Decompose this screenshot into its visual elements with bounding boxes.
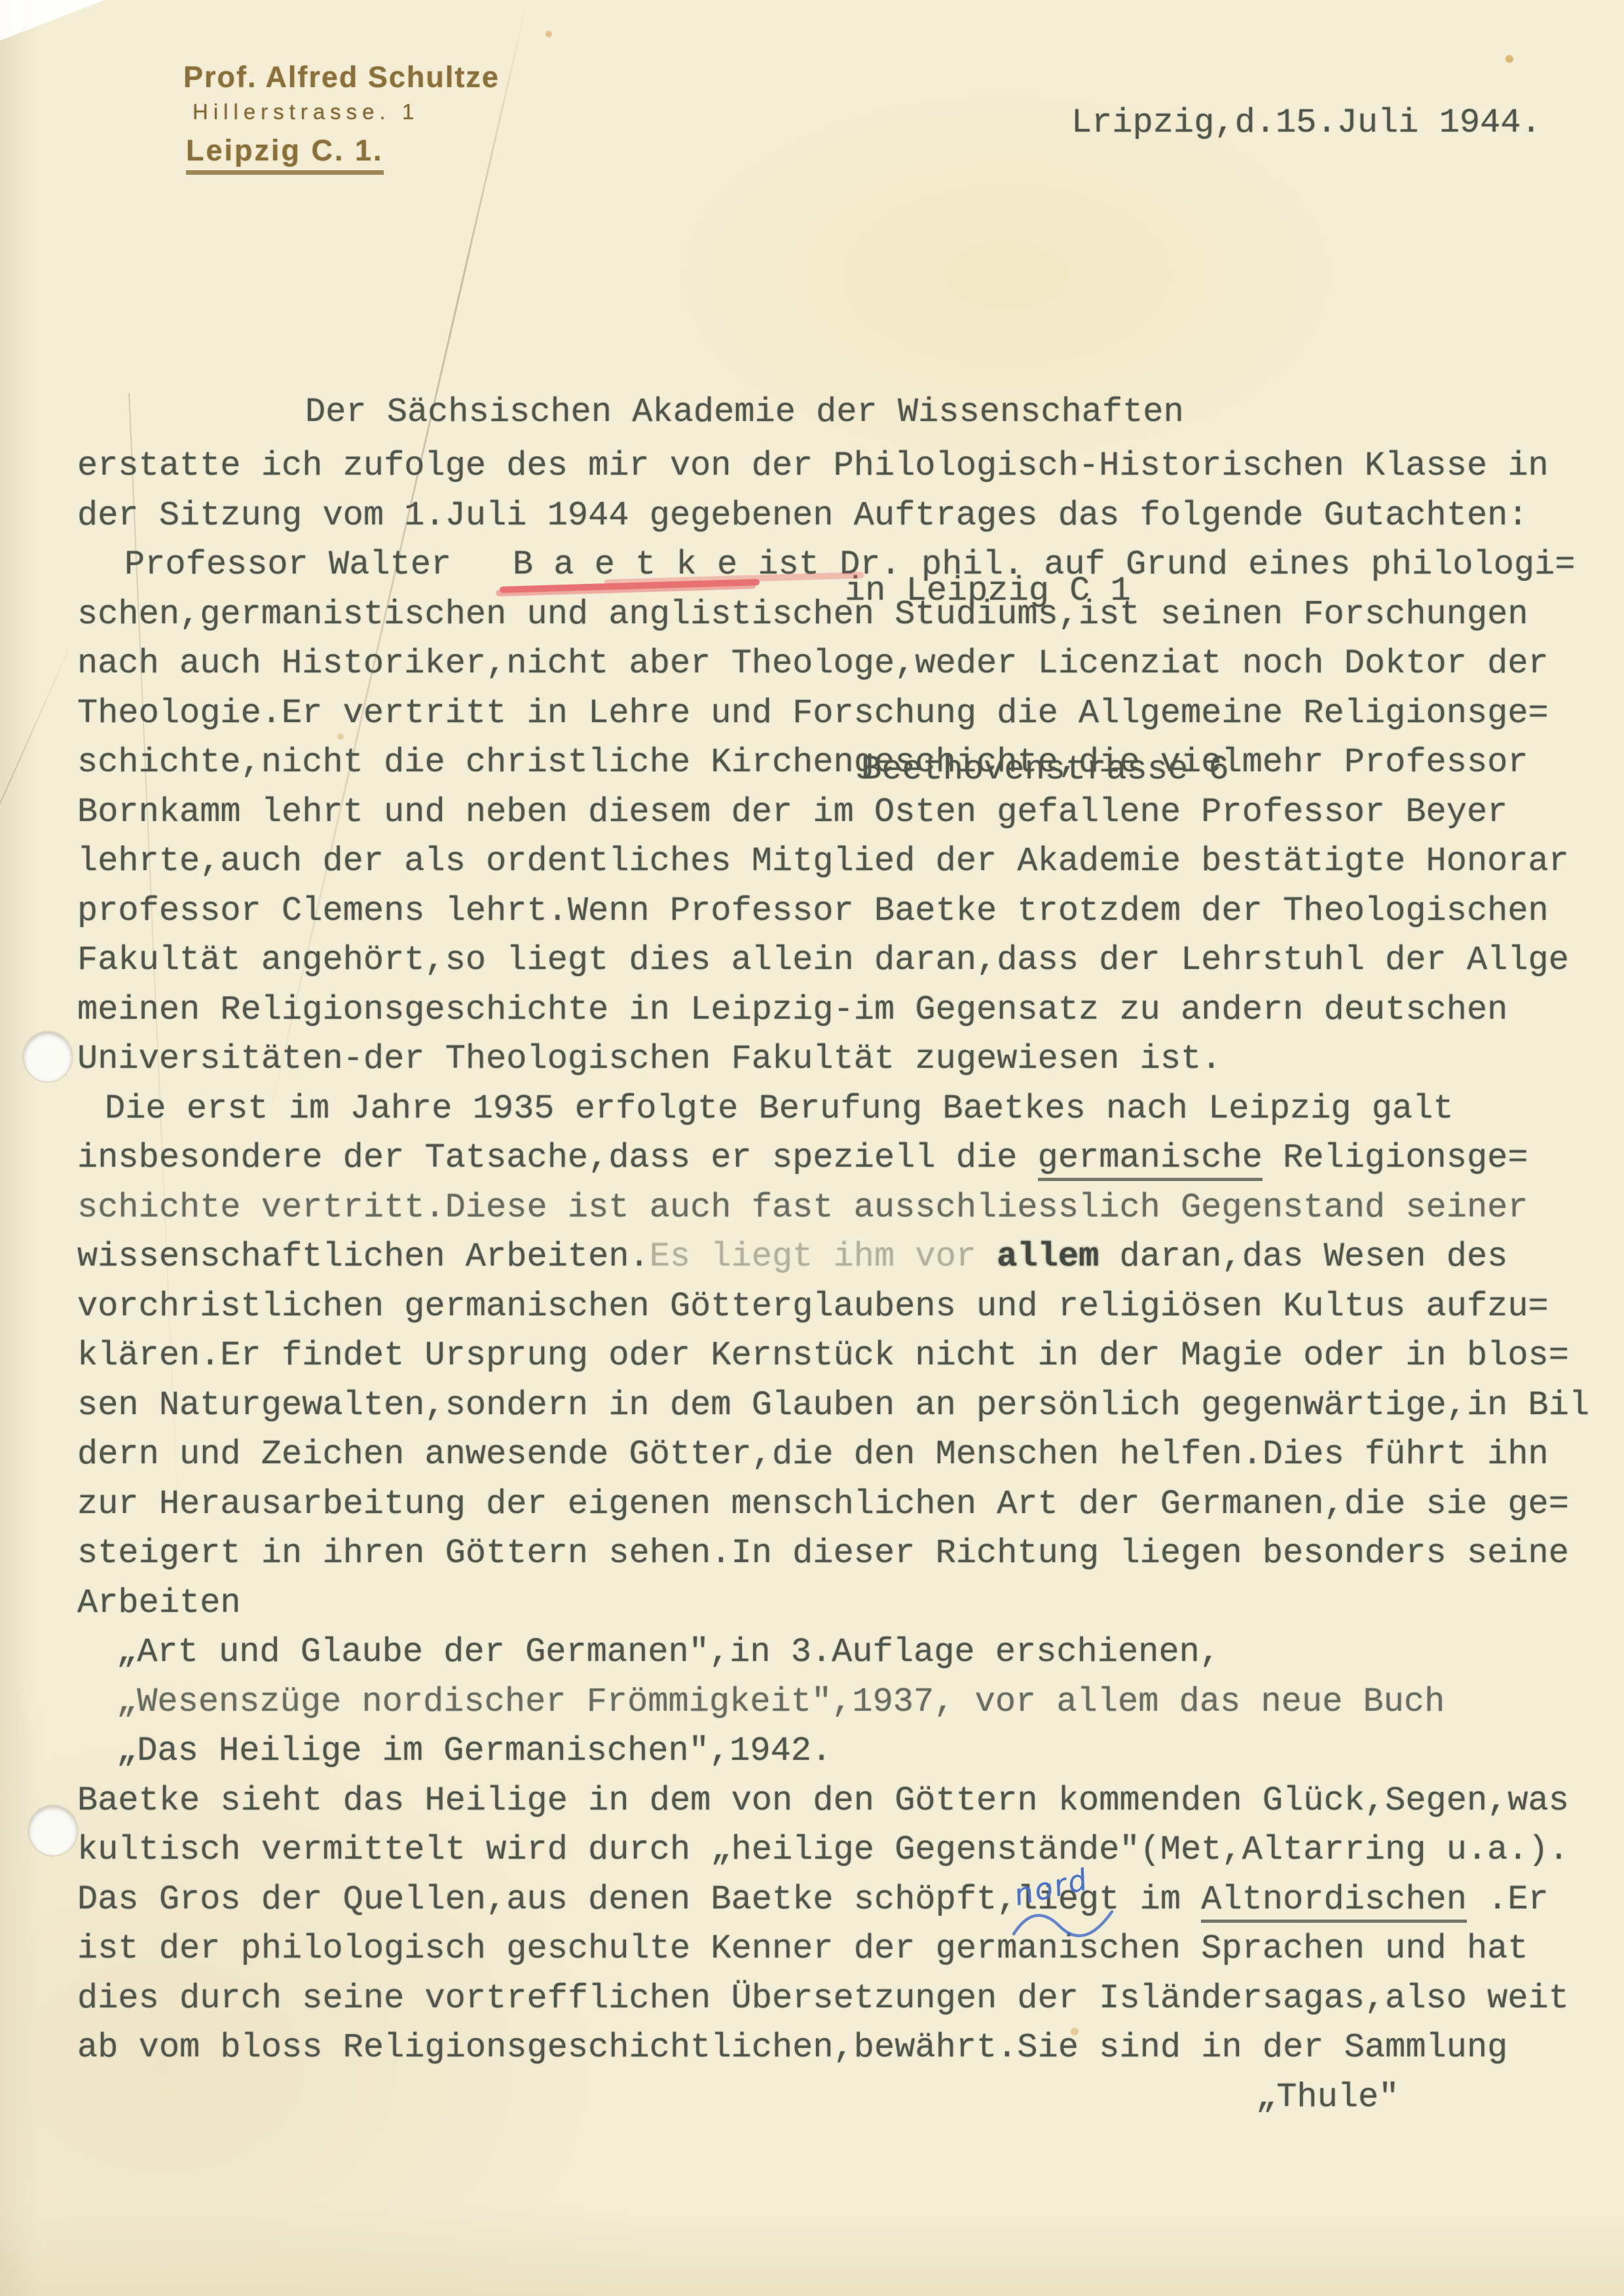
body-line: Universitäten-der Theologischen Fakultät…	[77, 1034, 1603, 1084]
body-line: der Sitzung vom 1.Juli 1944 gegebenen Au…	[77, 491, 1603, 541]
line-segment: Professor Walter	[124, 545, 513, 584]
hole-punch	[24, 1032, 72, 1082]
faded-typed-segment: Es liegt ihm vor	[650, 1237, 997, 1276]
hole-punch	[29, 1806, 77, 1855]
letter-body: erstatte ich zufolge des mir von der Phi…	[77, 441, 1603, 2122]
body-line-thule: „Thule"	[77, 2073, 1603, 2123]
handwritten-caret-mark	[1008, 1897, 1120, 1943]
body-line: insbesondere der Tatsache,dass er spezie…	[77, 1133, 1603, 1183]
body-line: sen Naturgewalten,sondern in dem Glauben…	[77, 1381, 1603, 1430]
book-title-line: „Art und Glaube der Germanen",in 3.Aufla…	[77, 1628, 1603, 1677]
typed-underline-germanische: germanische	[1038, 1139, 1263, 1181]
typed-underline-altnordischen: Altnordischen	[1201, 1880, 1467, 1923]
body-line: Fakultät angehört,so liegt dies allein d…	[77, 936, 1603, 985]
recipient-line: Der Sächsischen Akademie der Wissenschaf…	[305, 382, 1229, 442]
line-segment: insbesondere der Tatsache,dass er spezie…	[77, 1139, 1038, 1177]
line-segment: ist Dr. phil. auf Grund eines philologi=	[737, 545, 1575, 584]
body-line: lehrte,auch der als ordentliches Mitglie…	[77, 837, 1603, 886]
body-line: klären.Er findet Ursprung oder Kernstück…	[77, 1331, 1603, 1381]
body-line: wissenschaftlichen Arbeiten.Es liegt ihm…	[77, 1232, 1603, 1282]
body-line: ist der philologisch geschulte Kenner de…	[77, 1924, 1603, 1974]
body-line: nach auch Historiker,nicht aber Theologe…	[77, 639, 1603, 689]
body-line: schen,germanistischen und anglistischen …	[77, 590, 1603, 640]
body-line: Arbeiten	[77, 1578, 1603, 1628]
body-line: Professor Walter B a e t k e ist Dr. phi…	[77, 540, 1603, 590]
body-line: Das Gros der Quellen,aus denen Baetke sc…	[77, 1875, 1603, 1925]
body-line: Baetke sieht das Heilige in dem von den …	[77, 1776, 1603, 1826]
line-segment: daran,das Wesen des	[1099, 1237, 1507, 1276]
line-segment: Religionsge=	[1263, 1139, 1528, 1177]
body-line: schichte vertritt.Diese ist auch fast au…	[77, 1183, 1603, 1233]
stamp-city: Leipzig C. 1.	[186, 134, 384, 175]
body-line: professor Clemens lehrt.Wenn Professor B…	[77, 886, 1603, 936]
scanned-letter-page: Prof. Alfred Schultze Hillerstrasse. 1 L…	[0, 0, 1624, 2296]
stamp-street: Hillerstrasse. 1	[193, 100, 500, 124]
body-line: schichte,nicht die christliche Kirchenge…	[77, 738, 1603, 788]
paper-corner-tear	[0, 0, 105, 41]
overtyped-segment: allem	[997, 1237, 1099, 1276]
line-segment: wissenschaftlichen Arbeiten.	[77, 1237, 650, 1276]
paper-crease	[0, 629, 79, 940]
body-line: Die erst im Jahre 1935 erfolgte Berufung…	[77, 1084, 1603, 1134]
baetke-name-red-underlined: B a e t k e	[513, 545, 737, 584]
body-line: vorchristlichen germanischen Götterglaub…	[77, 1282, 1603, 1332]
body-line: Theologie.Er vertritt in Lehre und Forsc…	[77, 689, 1603, 738]
sender-stamp: Prof. Alfred Schultze Hillerstrasse. 1 L…	[183, 60, 500, 175]
stamp-sender-name: Prof. Alfred Schultze	[183, 60, 500, 94]
body-line: kultisch vermittelt wird durch „heilige …	[77, 1825, 1603, 1875]
body-line: steigert in ihren Göttern sehen.In diese…	[77, 1529, 1603, 1578]
body-line: dies durch seine vortrefflichen Übersetz…	[77, 1974, 1603, 2024]
book-title-line: „Das Heilige im Germanischen",1942.	[77, 1726, 1603, 1776]
body-line: zur Herausarbeitung der eigenen menschli…	[77, 1480, 1603, 1529]
book-title-line: „Wesenszüge nordischer Frömmigkeit",1937…	[77, 1677, 1603, 1727]
body-line: dern und Zeichen anwesende Götter,die de…	[77, 1430, 1603, 1480]
body-line: erstatte ich zufolge des mir von der Phi…	[77, 441, 1603, 491]
body-line: meinen Religionsgeschichte in Leipzig-im…	[77, 985, 1603, 1035]
dateline: Lripzig,d.15.Juli 1944.	[1071, 103, 1541, 142]
body-line: Bornkamm lehrt und neben diesem der im O…	[77, 788, 1603, 837]
line-segment: .Er	[1467, 1880, 1549, 1919]
body-line: ab vom bloss Religionsgeschichtlichen,be…	[77, 2023, 1603, 2073]
